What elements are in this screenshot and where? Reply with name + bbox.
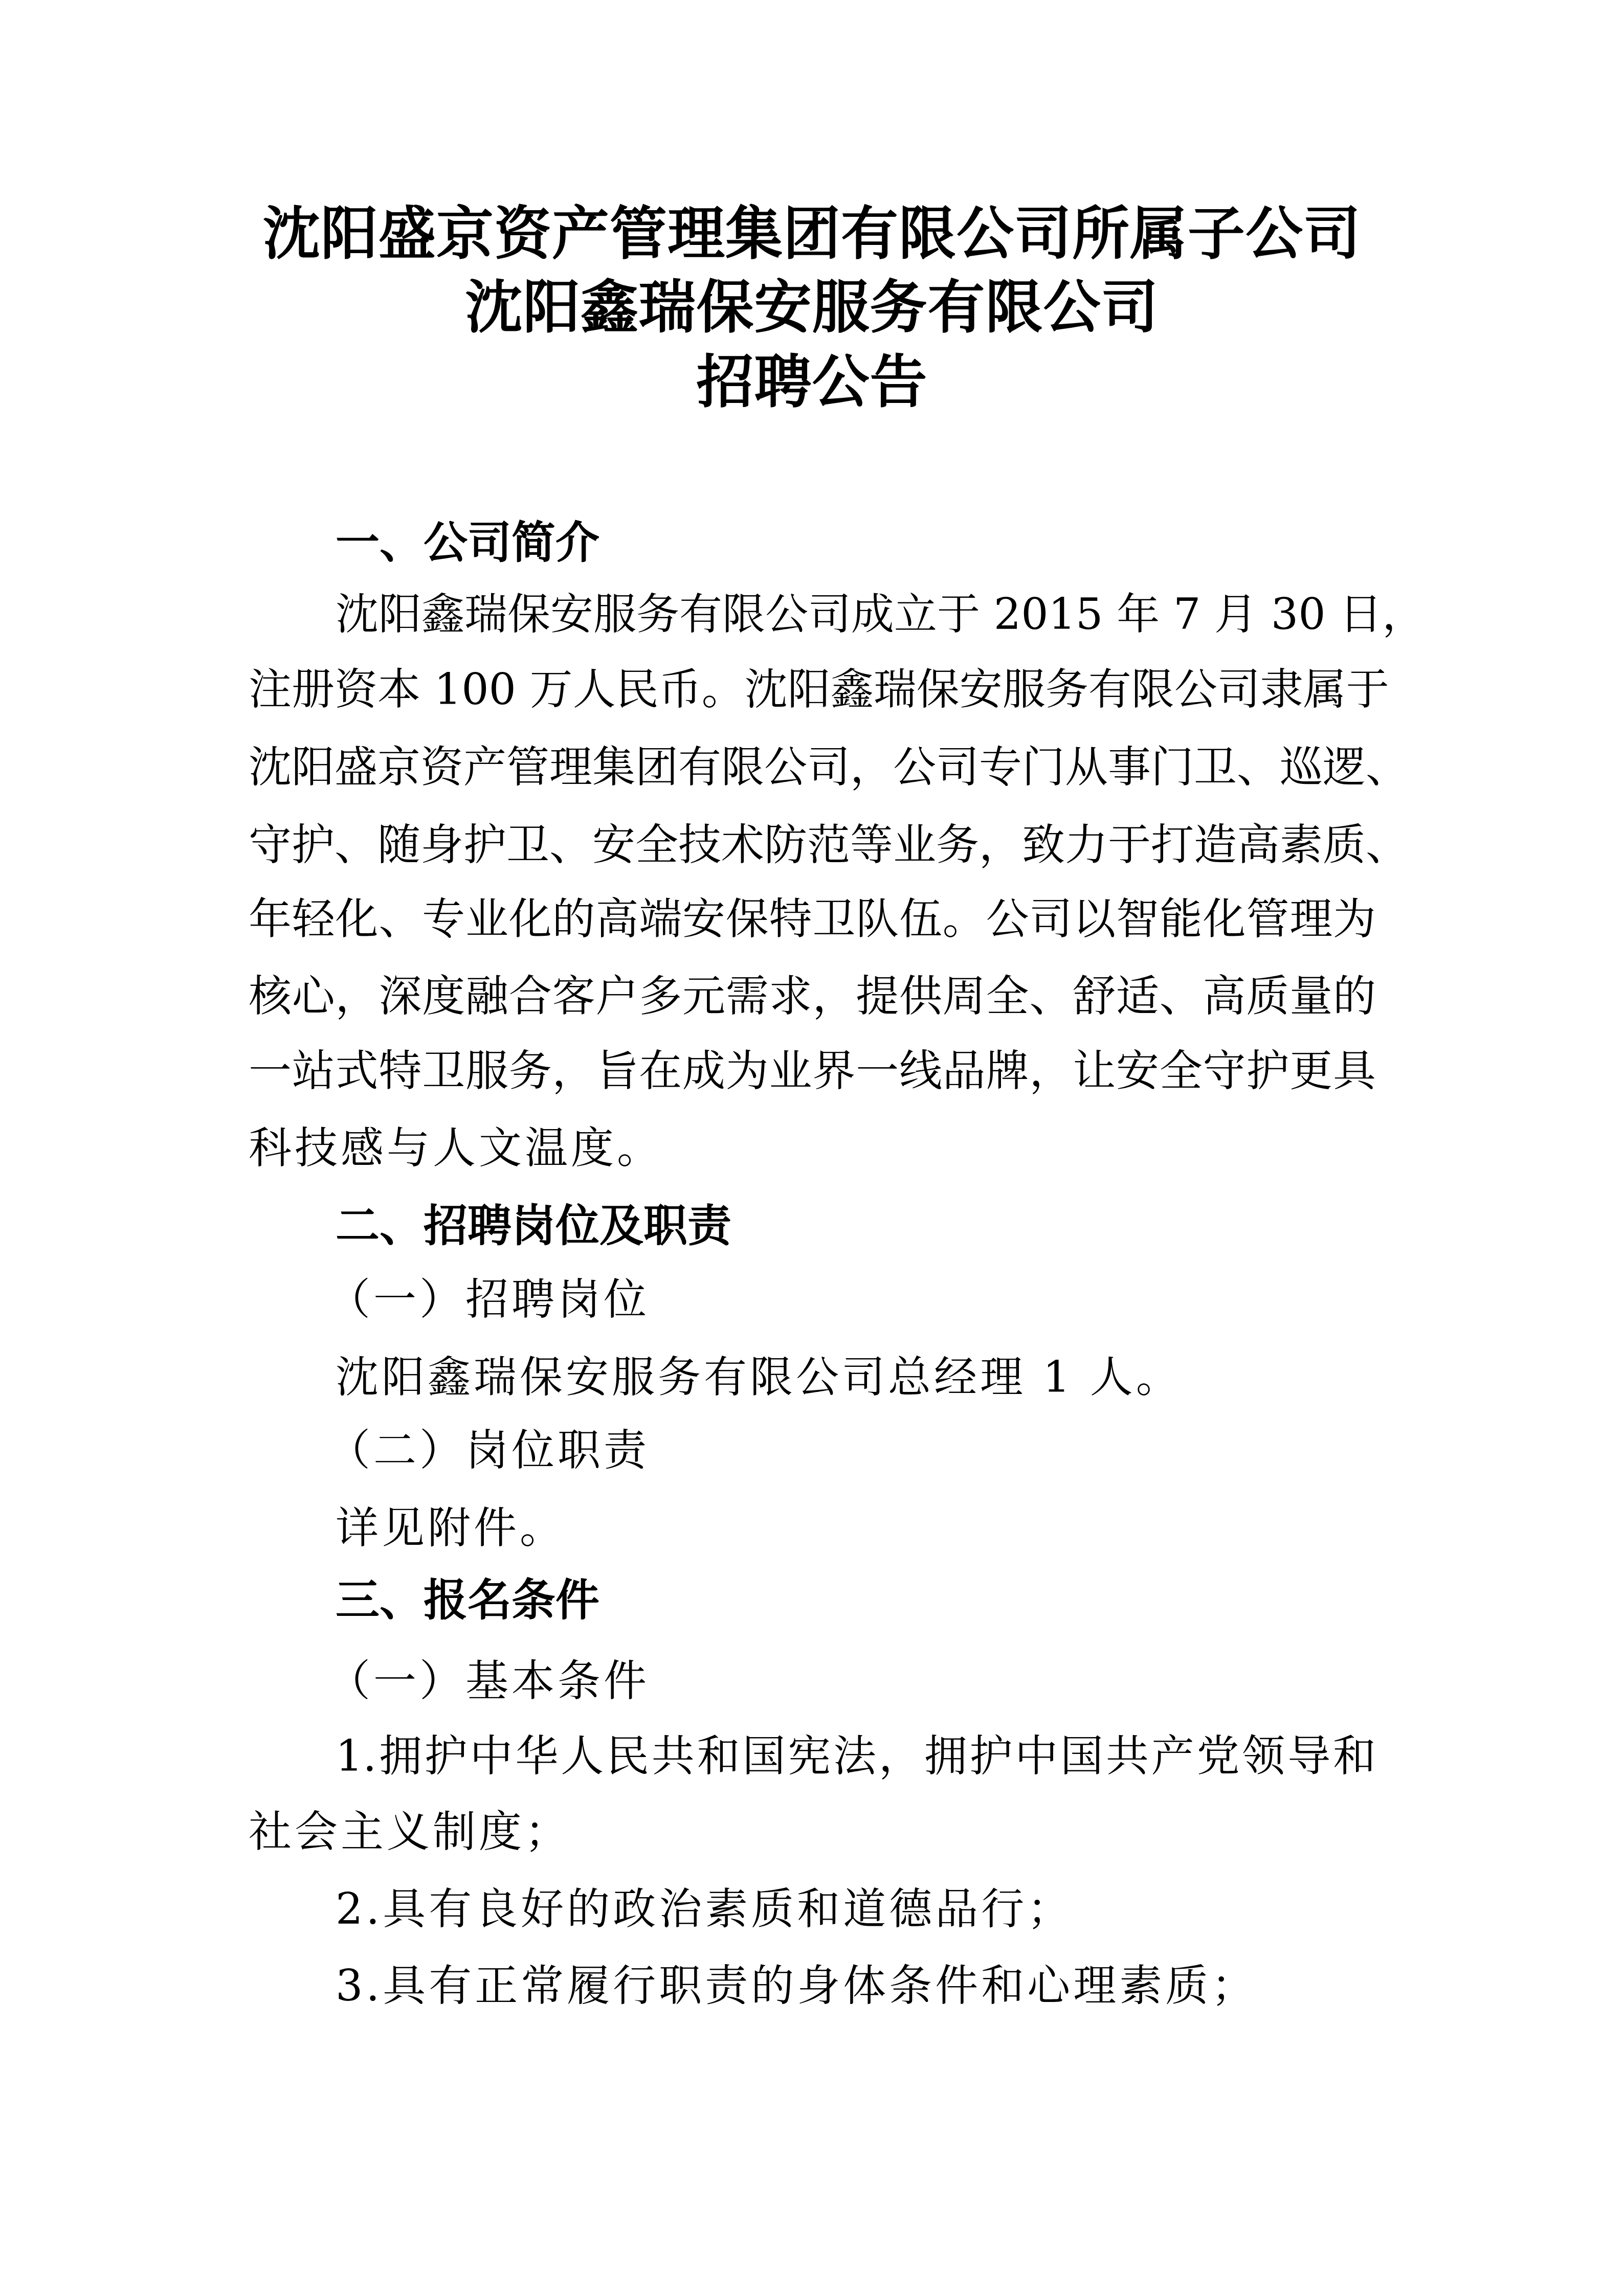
title-line-parent-group: 沈阳盛京资产管理集团有限公司所属子公司 <box>0 196 1624 273</box>
paragraph-line: 科技感与人文温度。 <box>249 1110 663 1186</box>
title-line-company: 沈阳鑫瑞保安服务有限公司 <box>0 269 1624 346</box>
section-heading-company-intro: 一、公司简介 <box>336 505 599 581</box>
paragraph-line: 注册资本 100 万人民币。沈阳鑫瑞保安服务有限公司隶属于 <box>249 651 1376 728</box>
requirement-item: 3.具有正常履行职责的身体条件和心理素质； <box>336 1947 1257 2024</box>
paragraph-line: 核心，深度融合客户多元需求，提供周全、舒适、高质量的 <box>249 958 1376 1034</box>
paragraph-line: 年轻化、专业化的高端安保特卫队伍。公司以智能化管理为 <box>249 881 1376 957</box>
position-text: 沈阳鑫瑞保安服务有限公司总经理 1 人。 <box>336 1339 1182 1415</box>
requirement-item-cont: 社会主义制度； <box>249 1793 571 1870</box>
duties-text: 详见附件。 <box>336 1490 566 1566</box>
paragraph-line: 守护、随身护卫、安全技术防范等业务，致力于打造高素质、 <box>249 806 1376 883</box>
document-page: 沈阳盛京资产管理集团有限公司所属子公司 沈阳鑫瑞保安服务有限公司 招聘公告 一、… <box>0 0 1624 2296</box>
subsection-heading-duties: （二）岗位职责 <box>327 1412 650 1489</box>
paragraph-line: 沈阳鑫瑞保安服务有限公司成立于 2015 年 7 月 30 日， <box>336 576 1376 652</box>
paragraph-line: 一站式特卫服务，旨在成为业界一线品牌，让安全守护更具 <box>249 1032 1376 1109</box>
paragraph-line: 沈阳盛京资产管理集团有限公司，公司专门从事门卫、巡逻、 <box>249 729 1376 805</box>
requirement-item: 2.具有良好的政治素质和道德品行； <box>336 1871 1073 1947</box>
title-line-announcement: 招聘公告 <box>0 344 1624 421</box>
section-heading-requirements: 三、报名条件 <box>336 1562 599 1639</box>
section-heading-positions: 二、招聘岗位及职责 <box>336 1188 731 1265</box>
subsection-heading-position: （一）招聘岗位 <box>327 1261 650 1338</box>
subsection-heading-basic: （一）基本条件 <box>327 1642 650 1719</box>
requirement-item: 1.拥护中华人民共和国宪法，拥护中国共产党领导和 <box>336 1718 1376 1794</box>
